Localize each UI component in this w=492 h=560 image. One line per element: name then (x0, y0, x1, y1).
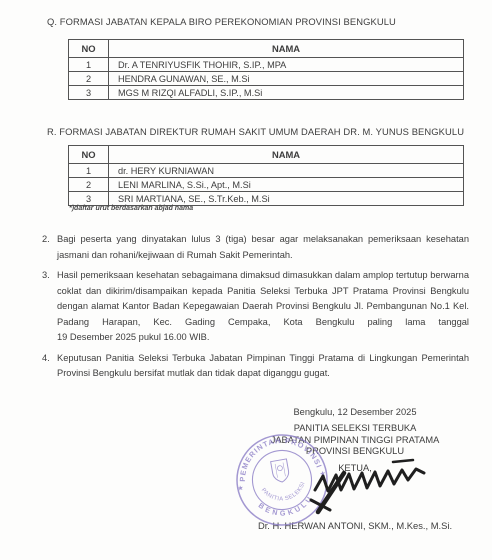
paragraph-text: Hasil pemeriksaan kesehatan sebagaimana … (57, 268, 469, 330)
section-r-heading: R. FORMASI JABATAN DIREKTUR RUMAH SAKIT … (47, 126, 464, 138)
table-header-row: NO NAMA (69, 40, 464, 58)
section-q-table: NO NAMA 1 Dr. A TENRIYUSFIK THOHIR, S.IP… (68, 39, 464, 100)
paragraph-2: 2. Bagi peserta yang dinyatakan lulus 3 … (42, 232, 469, 263)
row-number: 3 (69, 192, 109, 206)
table-header-row: NO NAMA (69, 146, 464, 164)
paragraph-text: Bagi peserta yang dinyatakan lulus 3 (ti… (57, 232, 469, 263)
stamp-shield-emblem (271, 459, 291, 483)
section-q-heading: Q. FORMASI JABATAN KEPALA BIRO PEREKONOM… (47, 16, 396, 28)
body-paragraphs: 2. Bagi peserta yang dinyatakan lulus 3 … (42, 232, 469, 387)
row-number: 3 (69, 86, 109, 100)
handwritten-signature (297, 458, 435, 518)
paragraph-number: 2. (42, 232, 57, 263)
col-header-no: NO (69, 146, 109, 164)
row-number: 1 (69, 164, 109, 178)
paragraph-4: 4. Keputusan Panitia Seleksi Terbuka Jab… (42, 351, 469, 382)
paragraph-number: 3. (42, 268, 57, 346)
paragraph-text-line2: 19 Desember 2025 pukul 16.00 WIB. (57, 330, 469, 346)
col-header-no: NO (69, 40, 109, 58)
place-and-date: Bengkulu, 12 Desember 2025 (238, 406, 472, 418)
table-row: 1 dr. HERY KURNIAWAN (69, 164, 464, 178)
stamp-star-left-icon: ★ (237, 484, 245, 493)
section-r-table: NO NAMA 1 dr. HERY KURNIAWAN 2 LENI MARL… (68, 145, 464, 206)
row-name: Dr. A TENRIYUSFIK THOHIR, S.IP., MPA (109, 58, 464, 72)
row-name: MGS M RIZQI ALFADLI, S.IP., M.Si (109, 86, 464, 100)
row-number: 2 (69, 72, 109, 86)
row-name: HENDRA GUNAWAN, SE., M.Si (109, 72, 464, 86)
alphabetical-order-footnote: *)daftar urut berdasarkan abjad nama (69, 205, 193, 212)
row-number: 2 (69, 178, 109, 192)
row-name: dr. HERY KURNIAWAN (109, 164, 464, 178)
table-row: 1 Dr. A TENRIYUSFIK THOHIR, S.IP., MPA (69, 58, 464, 72)
row-number: 1 (69, 58, 109, 72)
row-name: LENI MARLINA, S.Si., Apt., M.Si (109, 178, 464, 192)
table-row: 3 MGS M RIZQI ALFADLI, S.IP., M.Si (69, 86, 464, 100)
col-header-nama: NAMA (109, 40, 464, 58)
paragraph-number: 4. (42, 351, 57, 382)
paragraph-3: 3. Hasil pemeriksaan kesehatan sebagaima… (42, 268, 469, 346)
table-row: 2 LENI MARLINA, S.Si., Apt., M.Si (69, 178, 464, 192)
col-header-nama: NAMA (109, 146, 464, 164)
row-name: SRI MARTIANA, SE., S.Tr.Keb., M.Si (109, 192, 464, 206)
document-page: Q. FORMASI JABATAN KEPALA BIRO PEREKONOM… (0, 0, 492, 560)
table-row: 3 SRI MARTIANA, SE., S.Tr.Keb., M.Si (69, 192, 464, 206)
table-row: 2 HENDRA GUNAWAN, SE., M.Si (69, 72, 464, 86)
paragraph-text: Keputusan Panitia Seleksi Terbuka Jabata… (57, 351, 469, 382)
